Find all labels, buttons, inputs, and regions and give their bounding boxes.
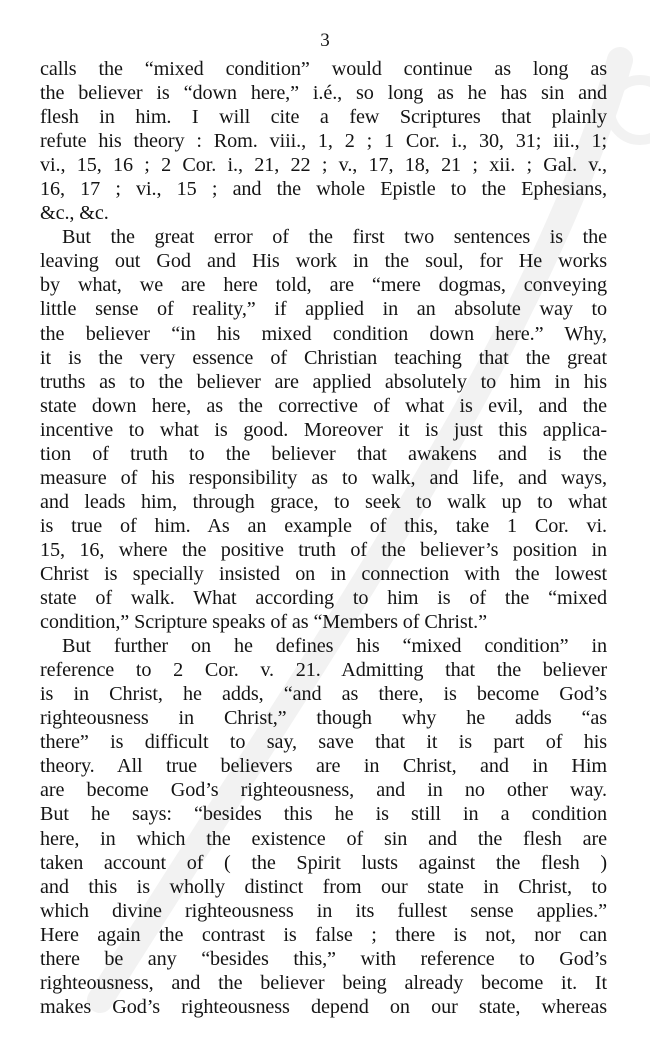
text-line: vi., 15, 16 ; 2 Cor. i., 21, 22 ; v., 17…	[40, 153, 607, 177]
text-line: leaving out God and His work in the soul…	[40, 249, 607, 273]
text-line: and leads him, through grace, to seek to…	[40, 490, 607, 514]
text-line: state down here, as the corrective of wh…	[40, 394, 607, 418]
text-line: But the great error of the first two sen…	[40, 225, 607, 249]
page-number: 3	[0, 30, 650, 52]
text-line: the believer is “down here,” i.é., so lo…	[40, 81, 607, 105]
text-line: 16, 17 ; vi., 15 ; and the whole Epistle…	[40, 177, 607, 201]
text-line: But he says: “besides this he is still i…	[40, 802, 607, 826]
text-line: refute his theory : Rom. viii., 1, 2 ; 1…	[40, 129, 607, 153]
text-line: tion of truth to the believer that awake…	[40, 442, 607, 466]
text-line: state of walk. What according to him is …	[40, 586, 607, 610]
text-line: flesh in him. I will cite a few Scriptur…	[40, 105, 607, 129]
body-text: calls the “mixed condition” would contin…	[40, 57, 607, 1019]
text-line: taken account of ( the Spirit lusts agai…	[40, 851, 607, 875]
text-line: Here again the contrast is false ; there…	[40, 923, 607, 947]
text-line: the believer “in his mixed condition dow…	[40, 322, 607, 346]
text-line: makes God’s righteousness depend on our …	[40, 995, 607, 1019]
text-line: is true of him. As an example of this, t…	[40, 514, 607, 538]
text-line: and this is wholly distinct from our sta…	[40, 875, 607, 899]
text-line: there” is difficult to say, save that it…	[40, 730, 607, 754]
text-line: calls the “mixed condition” would contin…	[40, 57, 607, 81]
text-line: condition,” Scripture speaks of as “Memb…	[40, 610, 607, 634]
text-line: 15, 16, where the positive truth of the …	[40, 538, 607, 562]
text-line: are become God’s righteousness, and in n…	[40, 778, 607, 802]
text-line: measure of his responsibility as to walk…	[40, 466, 607, 490]
text-line: is in Christ, he adds, “and as there, is…	[40, 682, 607, 706]
text-line: &c., &c.	[40, 201, 607, 225]
text-line: truths as to the believer are applied ab…	[40, 370, 607, 394]
text-line: But further on he defines his “mixed con…	[40, 634, 607, 658]
text-line: righteousness, and the believer being al…	[40, 971, 607, 995]
text-line: incentive to what is good. Moreover it i…	[40, 418, 607, 442]
text-line: theory. All true believers are in Christ…	[40, 754, 607, 778]
text-line: which divine righteousness in its fulles…	[40, 899, 607, 923]
text-line: Christ is specially insisted on in conne…	[40, 562, 607, 586]
text-line: by what, we are here told, are “mere dog…	[40, 273, 607, 297]
text-line: little sense of reality,” if applied in …	[40, 297, 607, 321]
text-line: righteousness in Christ,” though why he …	[40, 706, 607, 730]
text-line: it is the very essence of Christian teac…	[40, 346, 607, 370]
text-line: here, in which the existence of sin and …	[40, 827, 607, 851]
text-line: reference to 2 Cor. v. 21. Admitting tha…	[40, 658, 607, 682]
text-line: there be any “besides this,” with refere…	[40, 947, 607, 971]
